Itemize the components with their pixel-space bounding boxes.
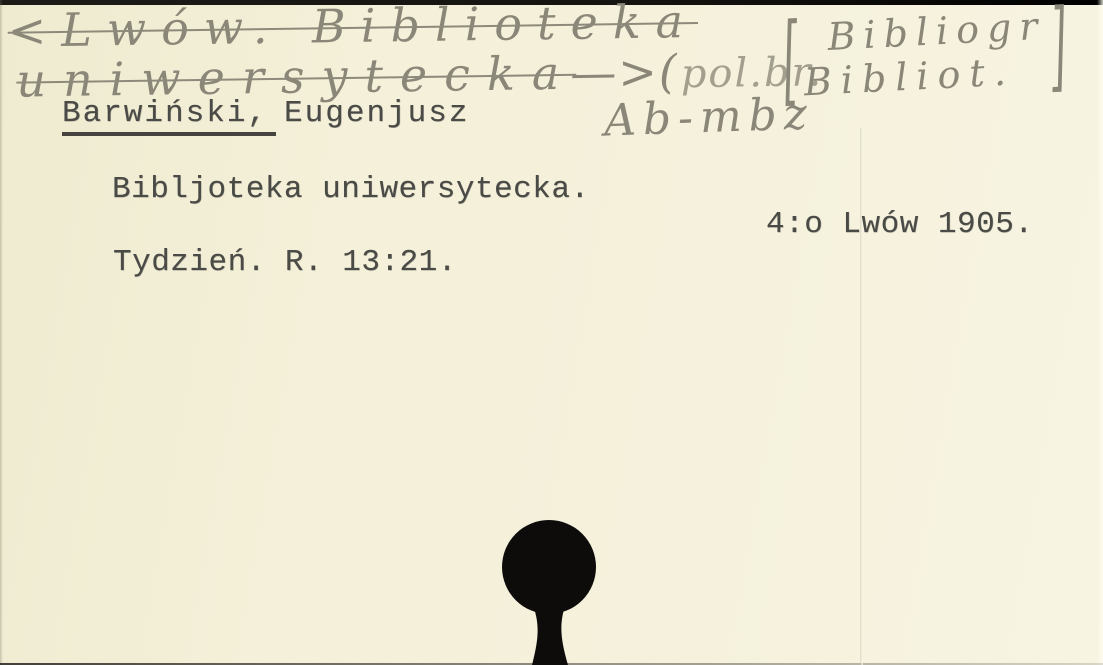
catalog-card: <Lwów. Biblioteka uniwersytecka—>(pol.br… — [0, 0, 1103, 665]
title-line: Bibljoteka uniwersytecka. — [112, 172, 590, 207]
imprint-line: 4:o Lwów 1905. — [766, 207, 1033, 242]
pencil-classmark: Ab-mbz — [603, 88, 815, 146]
author-surname-underlined: Barwiński, — [62, 96, 276, 136]
scan-right-edge — [1097, 0, 1103, 665]
scan-left-edge — [0, 0, 3, 665]
author-forename: Eugenjusz — [284, 96, 469, 131]
author-heading: Barwiński,Eugenjusz — [62, 96, 469, 136]
close-bracket-mark: ] — [1048, 0, 1069, 104]
replacement-arrow-mark: —>( — [570, 44, 679, 100]
reference-line: Tydzień. R. 13:21. — [113, 245, 457, 280]
subject-bracket-note: [ Bibliogr Bibliot. ] — [781, 3, 1069, 106]
